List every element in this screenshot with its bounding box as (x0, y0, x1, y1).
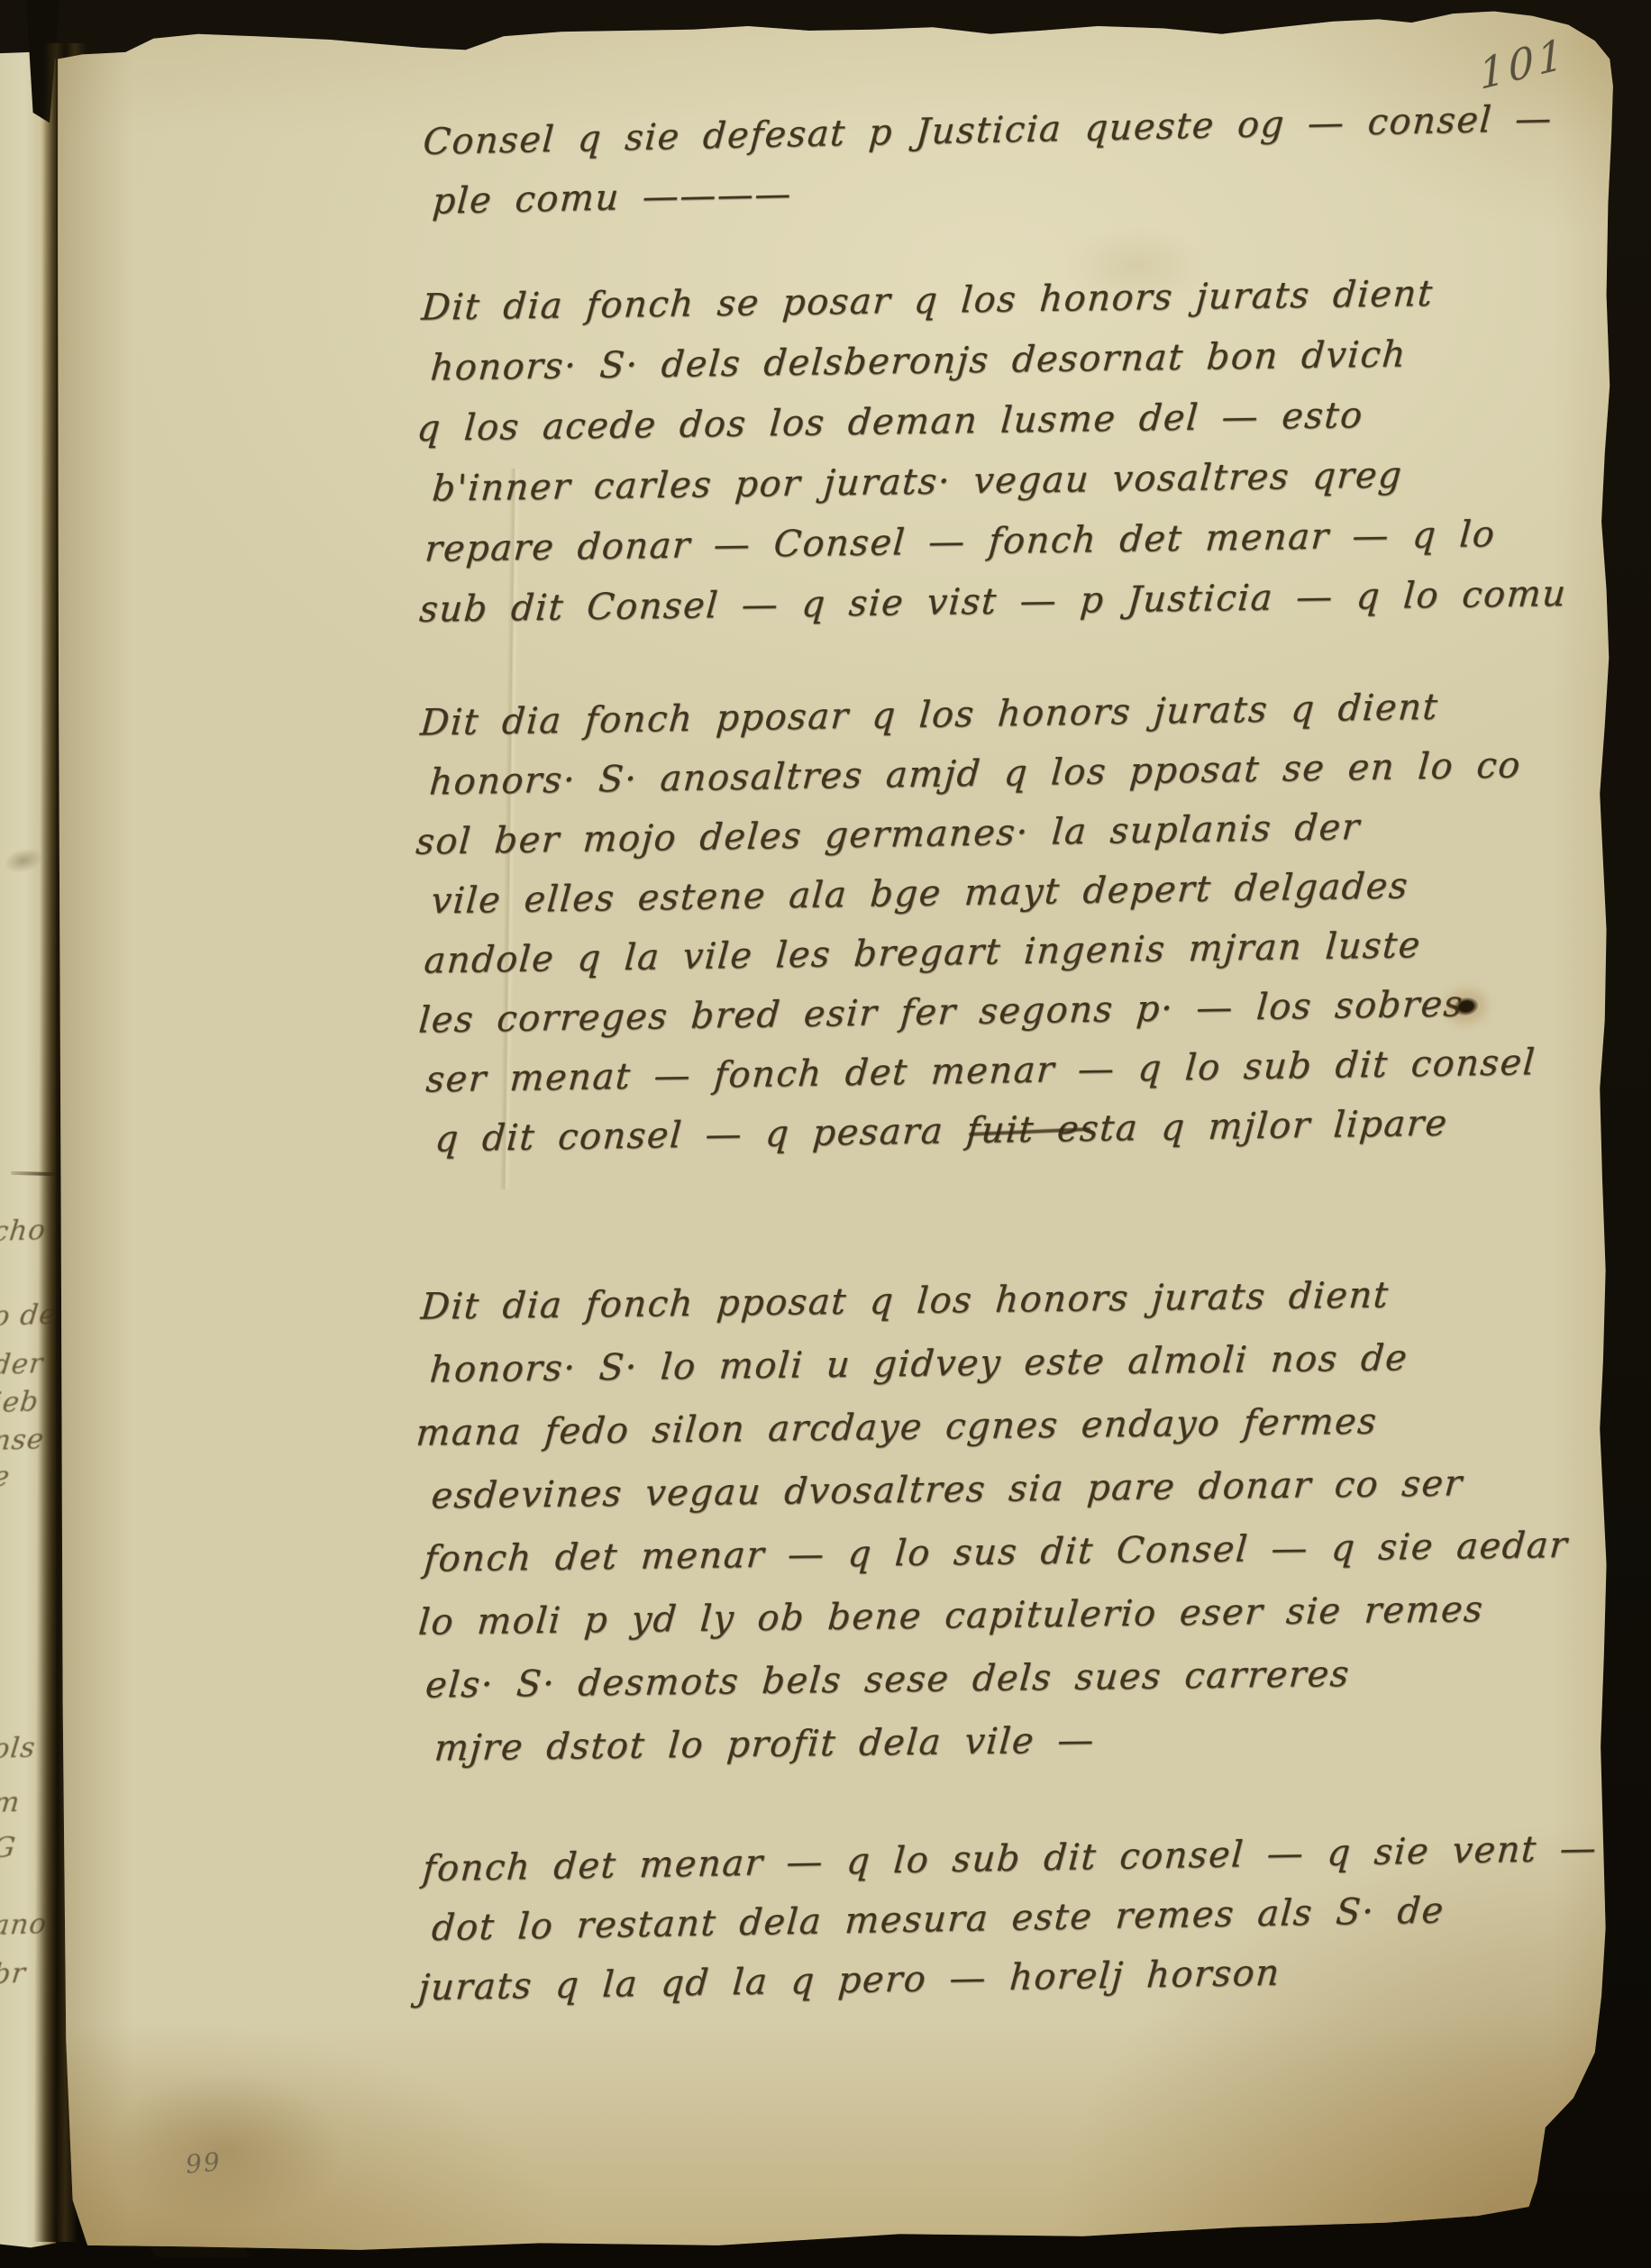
handwritten-paragraph: fonch det menar — q lo sub dit consel — … (422, 1819, 1600, 2018)
handwritten-paragraph: Dit dia fonch pposar q los honors jurats… (420, 676, 1537, 1169)
handwritten-paragraph: Dit dia fonch pposat q los honors jurats… (421, 1262, 1571, 1780)
handwritten-paragraph: Consel q sie defesat p Justicia queste o… (423, 89, 1555, 232)
paper-stain (108, 2072, 342, 2226)
manuscript-page: 101 Consel q sie defesat p Justicia ques… (0, 0, 1651, 2268)
handwriting-line: mjre dstot lo profit dela vile — (432, 1703, 1573, 1780)
foliation-number: 99 (185, 2146, 223, 2179)
scanner-background: cho o de der ieb nse e ols m G ano br 10… (0, 0, 1651, 2268)
handwritten-paragraph: Dit dia fonch se posar q los honors jura… (421, 262, 1567, 641)
